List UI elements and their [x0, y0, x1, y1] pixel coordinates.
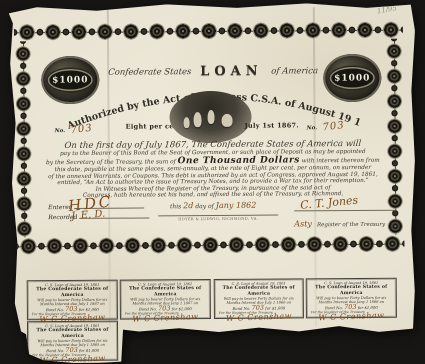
scanner-background: 11/95 $1000 $1000 Confederate States LOA… [0, 0, 425, 364]
border-top-band [14, 19, 403, 44]
border-left-band [14, 41, 33, 237]
no-label: No. [307, 125, 318, 131]
sum-post: with interest thereon from [302, 157, 380, 164]
sum-pre: by the Secretary of the Treasury, the su… [46, 159, 176, 166]
title-loan-word: LOAN [200, 64, 263, 79]
border-right-band [385, 39, 404, 235]
coupon: C. S. Loan of August 19, 1861 The Confed… [27, 321, 118, 362]
bond-number-value: 703 [322, 120, 345, 133]
no-label: No. [55, 128, 66, 134]
coupon-org: The Confederate States of America [28, 328, 117, 339]
coupon-org: The Confederate States of America [307, 285, 396, 296]
register-title: Register of the Treasury [317, 222, 385, 228]
bond-number-right: No. 703 [307, 114, 345, 133]
date-mid: day of [195, 202, 214, 209]
title-post: of America [271, 66, 319, 76]
date-day-handwritten: 2d [183, 201, 193, 210]
coupon: C. S. Loan of August 19, 1861 The Confed… [27, 280, 118, 321]
center-vignette [169, 91, 251, 144]
maturity-date: July 1st 1867. [245, 121, 299, 129]
coupon: C. S. Loan of August 19, 1861 The Confed… [120, 279, 211, 320]
vignette-figure [194, 112, 202, 127]
title-pre: Confederate States [108, 67, 192, 78]
coupon: C. S. Loan of August 19, 1861 The Confed… [214, 278, 304, 319]
bond-title: Confederate States LOAN of America [95, 63, 331, 80]
date-pre: this [170, 203, 181, 210]
coupon-org: The Confederate States of America [121, 286, 210, 297]
bond-number-left: No. 703 [55, 117, 93, 136]
bond-number-value: 703 [70, 123, 93, 136]
vignette-figure [207, 110, 214, 124]
pencil-note: 11/95 [376, 4, 397, 16]
register-title-row: Asty Register of the Treasury [294, 211, 385, 231]
coupon-org: The Confederate States of America [215, 286, 303, 297]
coupon-org: The Confederate States of America [28, 287, 117, 298]
sum-amount: One Thousand Dollars [178, 155, 300, 166]
coupon: C. S. Loan of August 19, 1861 The Confed… [306, 278, 397, 319]
printer-imprint: HOYER & LUDWIG, RICHMOND, VA. [158, 217, 278, 222]
date-month-handwritten: Jany 1862 [216, 200, 257, 209]
register-actg-handwritten: Asty [294, 219, 312, 228]
bond-paper: 11/95 $1000 $1000 Confederate States LOA… [7, 1, 420, 364]
bond-document: 11/95 $1000 $1000 Confederate States LOA… [0, 0, 425, 364]
vignette-figure [184, 117, 190, 128]
border-bottom-band [15, 233, 404, 258]
vignette-figure [222, 114, 233, 127]
